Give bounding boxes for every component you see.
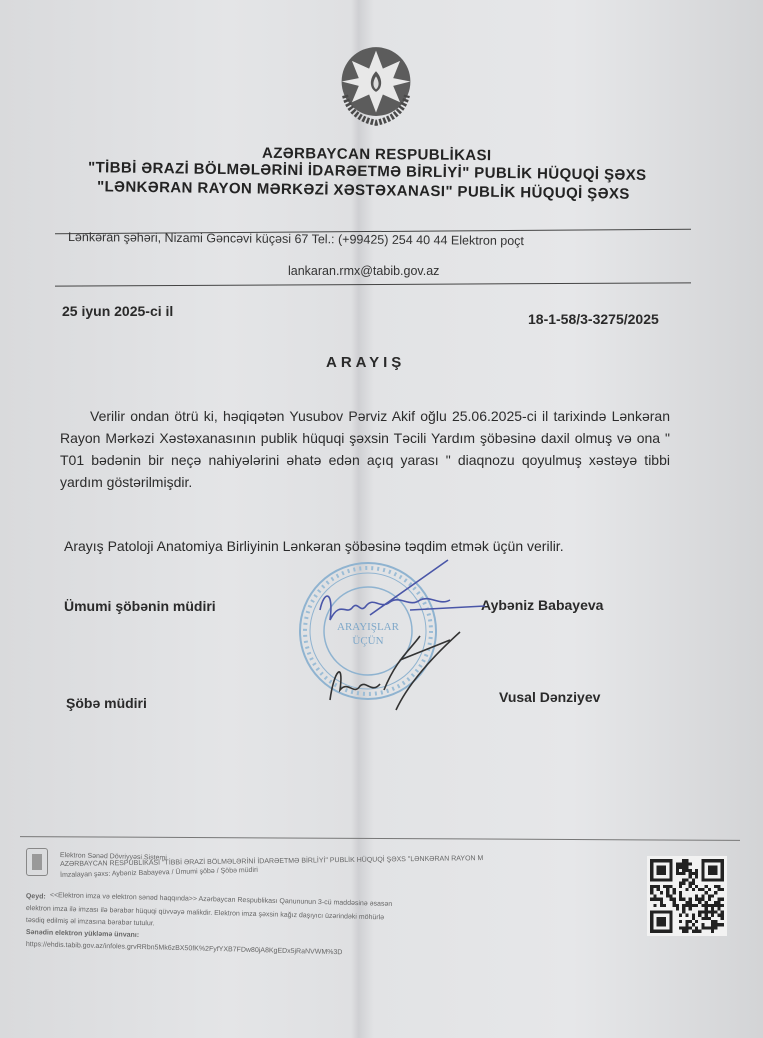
footer-divider [20, 836, 740, 841]
document-title: ARAYIŞ [326, 354, 405, 371]
footer-download-label: Sənədin elektron yükləmə ünvanı: [26, 929, 139, 939]
address-line: Lənkəran şəhəri, Nizami Gəncəvi küçəsi 6… [68, 230, 524, 248]
document-body: Verilir ondan ötrü ki, həqiqətən Yusubov… [60, 405, 670, 493]
divider [55, 282, 691, 286]
document-page: AZƏRBAYCAN RESPUBLİKASI "TİBBİ ƏRAZİ BÖL… [0, 0, 763, 1038]
footer-note-3: təsdiq edilmiş əl imzasına bərabər tutul… [26, 917, 155, 927]
azerbaijan-emblem-icon [333, 42, 419, 128]
signature-icon [300, 540, 500, 720]
document-date: 25 iyun 2025-ci il [62, 303, 173, 319]
reference-number: 18-1-58/3-3275/2025 [528, 311, 659, 327]
signature-role-2: Şöbə müdiri [66, 695, 147, 711]
qr-code-icon[interactable] [647, 856, 727, 936]
email-line: lankaran.rmx@tabib.gov.az [288, 264, 439, 278]
eds-logo-icon [26, 848, 48, 876]
footer-note-1: <<Elektron imza və elektron sənəd haqqın… [50, 892, 393, 908]
footer-note-label: Qeyd: [26, 893, 46, 901]
signature-name-2: Vusal Dənziyev [499, 689, 600, 705]
body-paragraph: Verilir ondan ötrü ki, həqiqətən Yusubov… [60, 405, 670, 493]
footer-signer: İmzalayan şəxs: Aybəniz Babayeva / Ümumi… [60, 867, 258, 879]
signature-role-1: Ümumi şöbənin müdiri [64, 598, 216, 614]
footer-download-url[interactable]: https://ehdis.tabib.gov.az/infoles.grvRR… [26, 941, 343, 956]
